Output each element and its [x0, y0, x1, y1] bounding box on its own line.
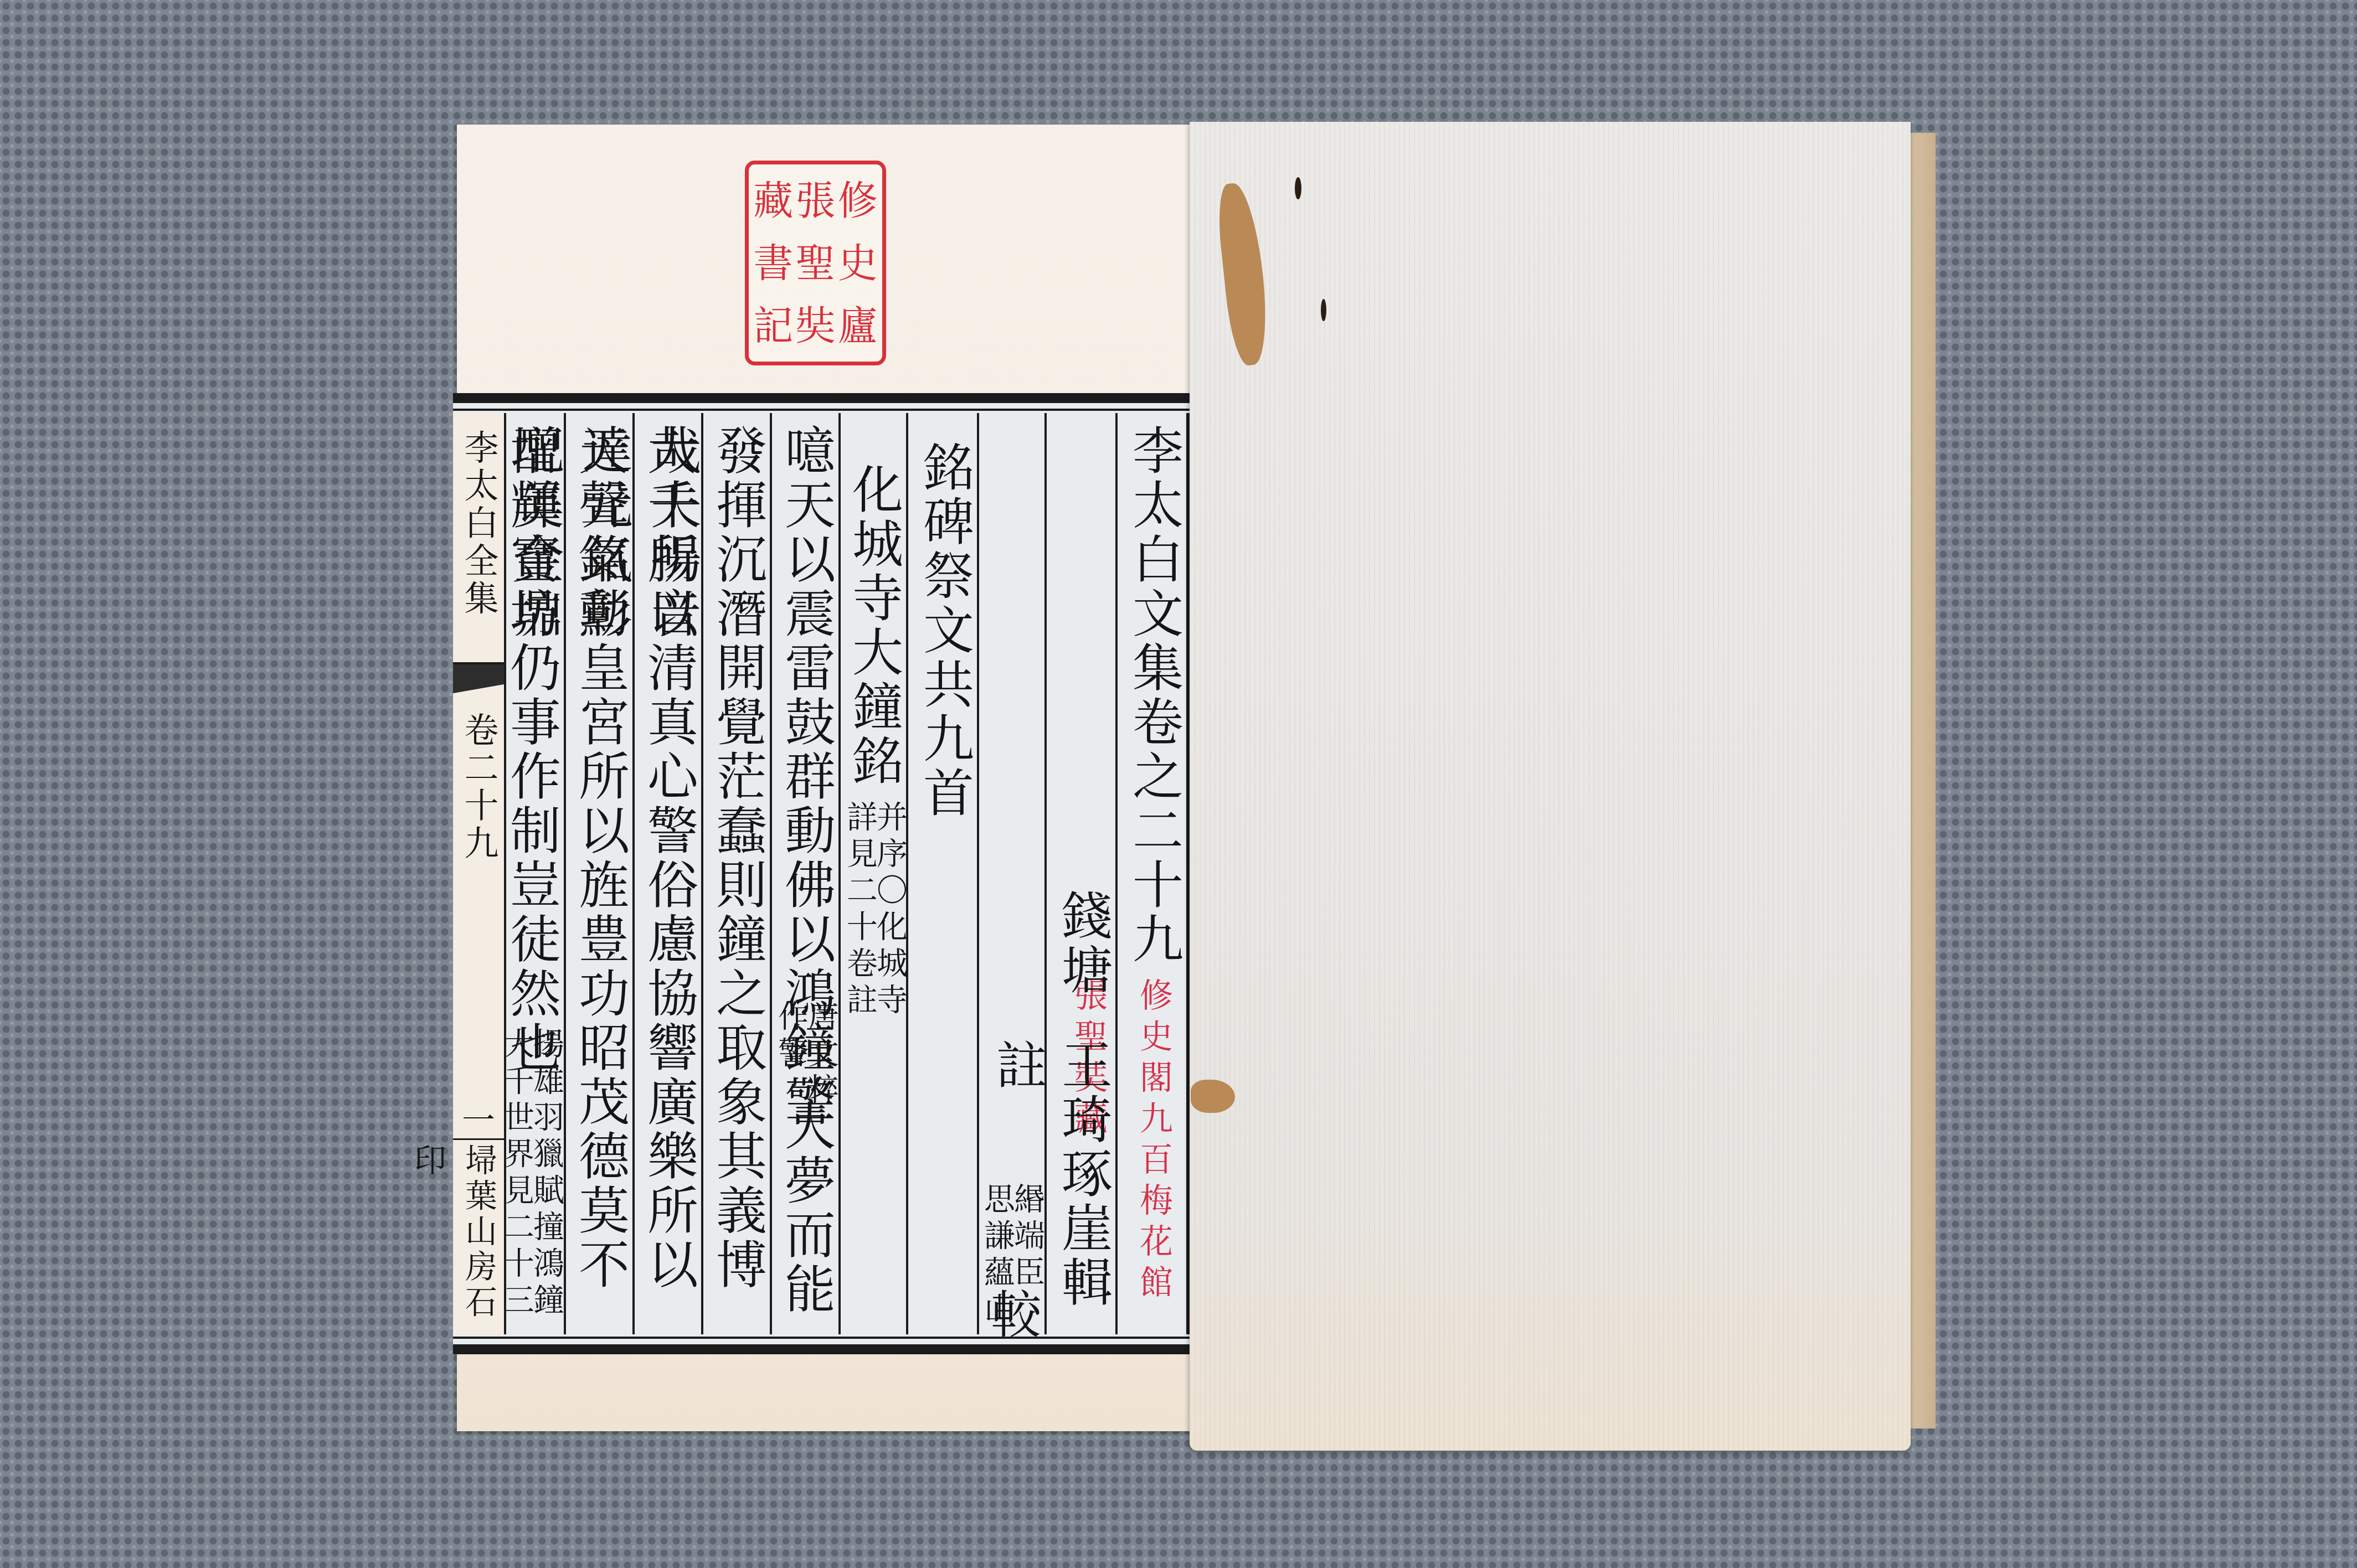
seal-char: 藏	[752, 169, 794, 231]
piece-note-right: 并序〇化城寺	[874, 801, 905, 1020]
seal-char: 奘	[794, 295, 836, 357]
column-body-2: 發揮沉潛開覺茫蠢則鐘之取象其義博哉夫揚音	[701, 413, 770, 1334]
worm-damage-stain	[1191, 1080, 1235, 1113]
body-text-2: 發揮沉潛開覺茫蠢則鐘之取象其義博哉夫揚音	[703, 424, 770, 1334]
body-text-5: 增輝寶坊仍事作制豈徒然也	[497, 424, 564, 1075]
piece-note-left: 詳見二十卷註	[844, 801, 875, 1020]
text-columns: 李太白文集卷之二十九 修史閣九百梅花館張聖奘藏 錢塘 王琦琢崖輯註 緡端臣 思謙…	[453, 413, 1190, 1334]
column-body-4: 天聲銘勳皇宮所以旌豊功昭茂德莫不配美金鼎	[564, 413, 632, 1334]
column-proofreaders: 緡端臣 思謙蘊山 較	[977, 413, 1044, 1334]
seal-char: 張	[794, 169, 836, 231]
seal-char: 史	[837, 231, 879, 294]
running-title: 李太白全集	[453, 430, 504, 618]
fishtail-mark	[453, 662, 504, 703]
right-blank-page	[1190, 122, 1911, 1451]
piece-title: 化城寺大鐘銘	[841, 463, 906, 788]
body-text-4: 天聲銘勳皇宮所以旌豊功昭茂德莫不配美金鼎	[566, 424, 632, 1334]
proofread-mark: 較	[979, 1288, 1044, 1342]
body-5-note-right: 揚雄羽獵賦撞鴻鐘	[531, 1028, 562, 1320]
seal-char: 廬	[837, 295, 879, 357]
body-text-3: 大千所以清真心警俗慮協響廣樂所以達元氣彰	[635, 424, 701, 1334]
body-1-tail: 大夢而能	[772, 1100, 838, 1317]
page-number: 一	[453, 1094, 504, 1142]
collector-seal: 修 史 廬 張 聖 奘 藏 書 記	[745, 161, 886, 365]
book-title: 李太白文集卷之二十九	[1118, 424, 1186, 967]
publisher-imprint: 埽葉山房石印	[453, 1138, 504, 1334]
seal-char: 書	[752, 231, 794, 294]
body-1-note-left: 作警	[775, 1000, 806, 1073]
text-block-frame: 李太白文集卷之二十九 修史閣九百梅花館張聖奘藏 錢塘 王琦琢崖輯註 緡端臣 思謙…	[453, 393, 1190, 1354]
worm-hole	[1321, 299, 1326, 321]
seal-char: 修	[837, 169, 879, 231]
column-body-3: 大千所以清真心警俗慮協響廣樂所以達元氣彰	[632, 413, 701, 1334]
ownership-annotation: 修史閣九百梅花館張聖奘藏	[1118, 978, 1186, 1334]
page-margin-column: 李太白全集 卷二十九 一 埽葉山房石印	[453, 413, 506, 1334]
section-heading: 銘碑祭文共九首	[908, 441, 977, 821]
volume-label: 卷二十九	[453, 712, 504, 863]
open-book: 修 史 廬 張 聖 奘 藏 書 記 李太白文集卷之二十九 修史閣九百梅花館張聖奘…	[0, 0, 2357, 1568]
body-1-note-right: 唐文粹	[805, 1000, 836, 1110]
seal-char: 聖	[794, 231, 836, 294]
column-body-1: 噫天以震雷鼓群動佛以鴻鐘警 唐文粹 作警 大夢而能	[770, 413, 838, 1334]
column-piece-title: 化城寺大鐘銘 并序〇化城寺 詳見二十卷註	[838, 413, 906, 1334]
column-title: 李太白文集卷之二十九 修史閣九百梅花館張聖奘藏	[1115, 413, 1186, 1334]
proofreader-1: 緡端臣	[1011, 1183, 1042, 1292]
author-place: 錢塘	[1047, 889, 1115, 998]
column-section: 銘碑祭文共九首	[906, 413, 977, 1334]
author-name: 王琦琢崖輯註	[1047, 1039, 1115, 1334]
seal-char: 記	[752, 295, 794, 357]
column-author: 錢塘 王琦琢崖輯註	[1044, 413, 1115, 1334]
worm-hole	[1295, 177, 1301, 199]
